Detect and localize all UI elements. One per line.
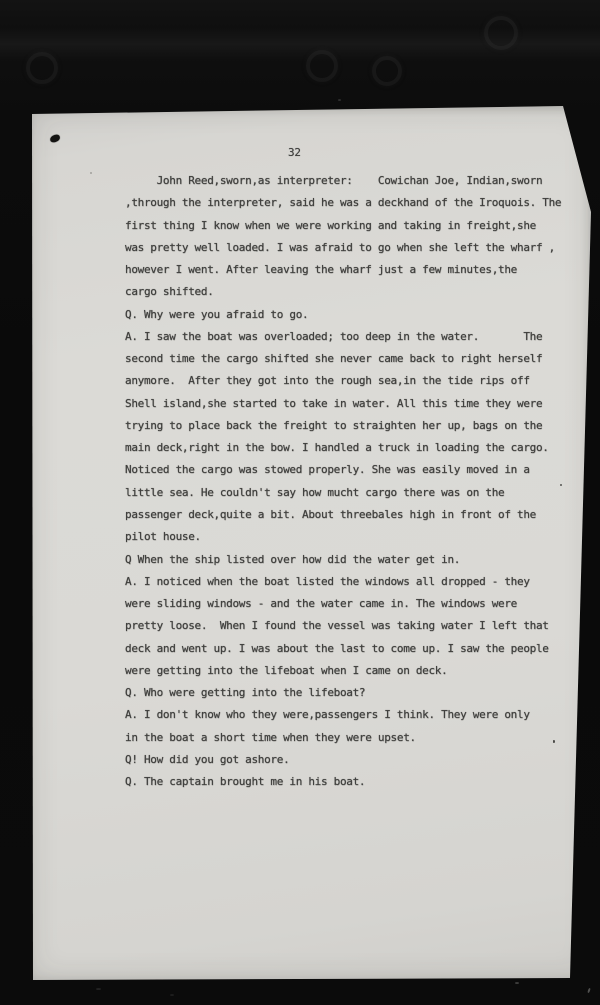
- film-ghost-ring: [26, 52, 58, 84]
- typed-line: Q When the ship listed over how did the …: [125, 549, 575, 571]
- dust-speck: [170, 994, 174, 996]
- typed-line: second time the cargo shifted she never …: [125, 348, 575, 370]
- paper-speck: [90, 172, 92, 174]
- typed-line: pretty loose. When I found the vessel wa…: [125, 615, 575, 637]
- dust-speck: [338, 99, 341, 101]
- typed-line: A. I noticed when the boat listed the wi…: [125, 571, 575, 593]
- page-number: 32: [288, 146, 301, 159]
- paper-speck: [553, 740, 555, 743]
- typed-line: were sliding windows - and the water cam…: [125, 593, 575, 615]
- ink-blot-mark: [49, 134, 60, 143]
- film-ghost-ring: [484, 16, 518, 50]
- typed-line: Noticed the cargo was stowed properly. S…: [125, 459, 575, 481]
- typed-line: deck and went up. I was about the last t…: [125, 638, 575, 660]
- typed-line: Q. Who were getting into the lifeboat?: [125, 682, 575, 704]
- document-page: 32 John Reed,sworn,as interpreter: Cowic…: [30, 106, 592, 980]
- typed-line: in the boat a short time when they were …: [125, 727, 575, 749]
- paper-speck: [560, 484, 562, 486]
- typed-line: anymore. After they got into the rough s…: [125, 370, 575, 392]
- dust-speck: [587, 988, 591, 993]
- typed-line: however I went. After leaving the wharf …: [125, 259, 575, 281]
- typed-line: first thing I know when we were working …: [125, 215, 575, 237]
- film-ghost-ring: [372, 56, 402, 86]
- dust-speck: [96, 988, 101, 990]
- typed-line: main deck,right in the bow. I handled a …: [125, 437, 575, 459]
- typed-line: cargo shifted.: [125, 281, 575, 303]
- typed-line: trying to place back the freight to stra…: [125, 415, 575, 437]
- typed-line: little sea. He couldn't say how mucht ca…: [125, 482, 575, 504]
- typed-line: Shell island,she started to take in wate…: [125, 393, 575, 415]
- film-ghost-ring: [306, 50, 338, 82]
- typed-line: Q. Why were you afraid to go.: [125, 304, 575, 326]
- typed-line: A. I saw the boat was overloaded; too de…: [125, 326, 575, 348]
- typed-line: Q! How did you got ashore.: [125, 749, 575, 771]
- typed-text-body: John Reed,sworn,as interpreter: Cowichan…: [125, 170, 575, 793]
- typed-line: John Reed,sworn,as interpreter: Cowichan…: [125, 170, 575, 192]
- dust-speck: [515, 982, 519, 984]
- typed-line: A. I don't know who they were,passengers…: [125, 704, 575, 726]
- typed-line: pilot house.: [125, 526, 575, 548]
- typed-line: passenger deck,quite a bit. About threeb…: [125, 504, 575, 526]
- typed-line: was pretty well loaded. I was afraid to …: [125, 237, 575, 259]
- typed-line: ,through the interpreter, said he was a …: [125, 192, 575, 214]
- typed-line: were getting into the lifeboat when I ca…: [125, 660, 575, 682]
- typed-line: Q. The captain brought me in his boat.: [125, 771, 575, 793]
- paper-speck: [256, 250, 258, 252]
- microfilm-scan-frame: 32 John Reed,sworn,as interpreter: Cowic…: [0, 0, 600, 1005]
